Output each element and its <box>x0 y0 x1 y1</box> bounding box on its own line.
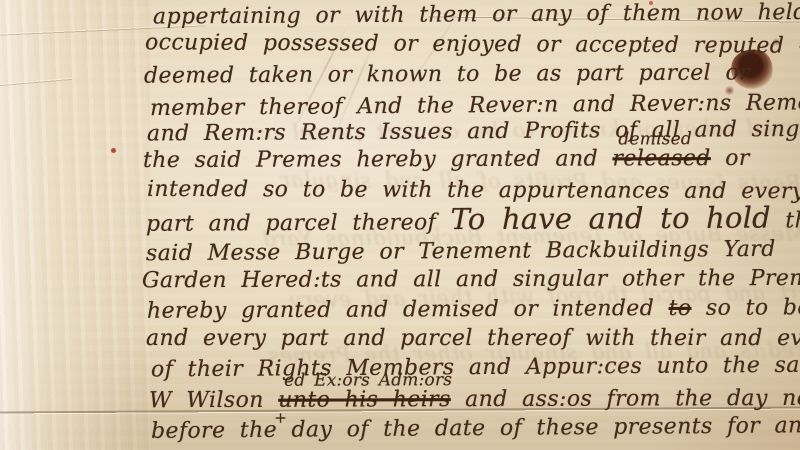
correction-group: releaseddemised <box>612 146 710 172</box>
manuscript-line-6: the said Premes hereby granted and relea… <box>143 146 750 174</box>
manuscript-line-9: said Messe Burge or Tenement Backbuildin… <box>146 237 776 267</box>
manuscript-line-8: part and parcel thereof To have and to h… <box>146 204 800 238</box>
line-8-text: the <box>771 208 800 233</box>
manuscript-line-15: before the day of the date of these pres… <box>151 413 800 445</box>
line-8-text: part and parcel thereof <box>146 210 451 237</box>
correction-group: unto his heirsed Ex:ors Adm:ors+ <box>278 387 451 414</box>
engrossed-phrase: To have and to hold <box>450 200 771 236</box>
manuscript-line-2: occupied possessed or enjoyed or accepte… <box>145 30 800 60</box>
paper-fiber-texture <box>0 0 150 450</box>
line-14-text: and ass:os from the day next <box>451 386 800 412</box>
line-11-text: so to be <box>691 295 800 321</box>
manuscript-line-12: and every part and parcel thereof with t… <box>146 326 800 352</box>
manuscript-line-11: hereby granted and demised or intended t… <box>147 295 800 324</box>
interlinear-insertion: ed Ex:ors Adm:ors <box>284 367 452 394</box>
red-ink-speck <box>111 148 116 153</box>
manuscript-line-1: appertaining or with them or any of them… <box>153 0 800 31</box>
manuscript-page-photo: deemed taken or known to be as part parc… <box>0 0 800 450</box>
line-11-text: hereby granted and demised or intended <box>147 296 669 324</box>
interlinear-insertion: demised <box>618 126 692 152</box>
manuscript-line-5: and Rem:rs Rents Issues and Profits of a… <box>147 117 800 148</box>
line-14-text: W Wilson <box>149 388 278 413</box>
manuscript-line-3: deemed taken or known to be as part parc… <box>144 60 750 89</box>
strikethrough-text: to <box>669 296 692 321</box>
manuscript-line-14: W Wilson unto his heirsed Ex:ors Adm:ors… <box>149 386 800 414</box>
line-6-text: the said Premes hereby granted and <box>143 146 613 173</box>
manuscript-line-10: Garden Hered:ts and all and singular oth… <box>142 266 800 294</box>
line-6-text: or <box>711 146 750 171</box>
manuscript-line-13: of their Rights Members and Appur:ces un… <box>151 353 800 384</box>
